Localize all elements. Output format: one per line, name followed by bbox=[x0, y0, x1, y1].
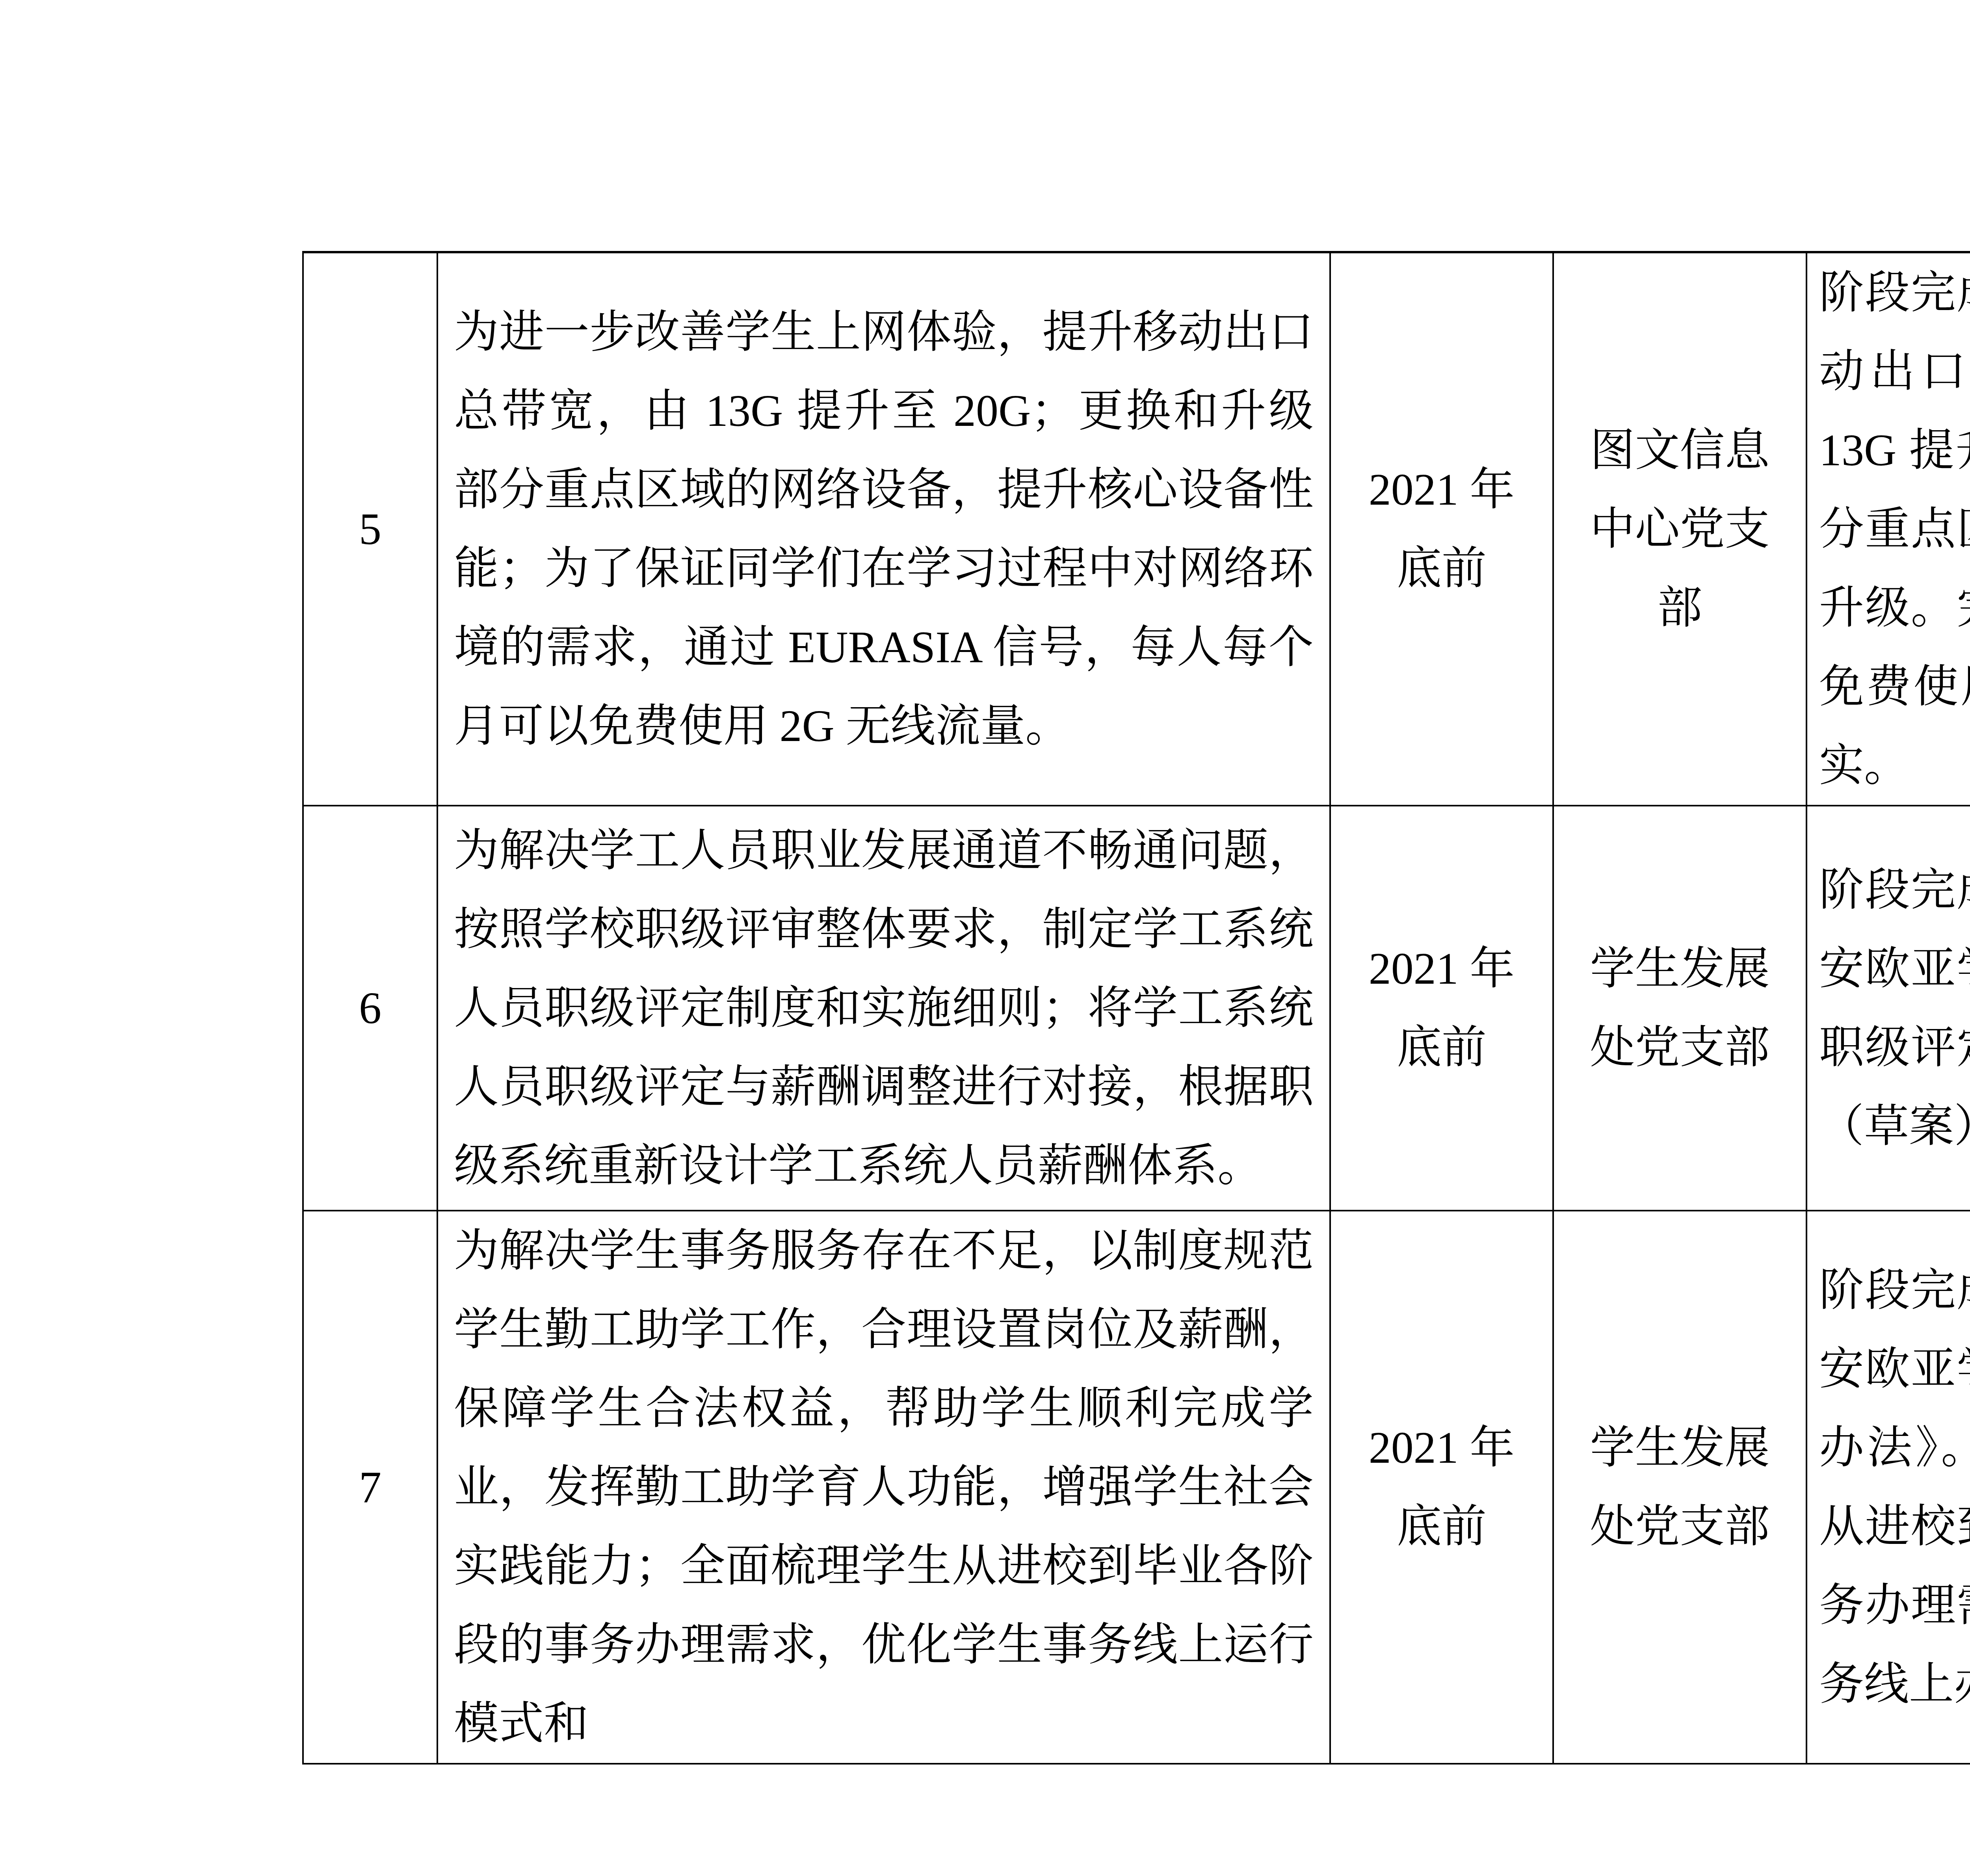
task-cell: 为解决学工人员职业发展通道不畅通问题，按照学校职级评审整体要求，制定学工系统人员… bbox=[437, 806, 1330, 1211]
table-row: 7 为解决学生事务服务存在不足，以制度规范学生勤工助学工作，合理设置岗位及薪酬，… bbox=[303, 1211, 1970, 1764]
deadline-cell: 2021 年底前 bbox=[1330, 1211, 1553, 1764]
department-cell: 学生发展处党支部 bbox=[1553, 1211, 1806, 1764]
work-progress-table: 5 为进一步改善学生上网体验，提升移动出口总带宽，由 13G 提升至 20G；更… bbox=[302, 251, 1970, 1765]
deadline-cell: 2021 年底前 bbox=[1330, 252, 1553, 806]
status-cell: 阶段完成情况。完成《西安欧亚学院学工系统人员职级评定制度和实施细则（草案）》。 bbox=[1806, 806, 1970, 1211]
document-page: 5 为进一步改善学生上网体验，提升移动出口总带宽，由 13G 提升至 20G；更… bbox=[0, 0, 1970, 1876]
task-cell: 为进一步改善学生上网体验，提升移动出口总带宽，由 13G 提升至 20G；更换和… bbox=[437, 252, 1330, 806]
table-row: 6 为解决学工人员职业发展通道不畅通问题，按照学校职级评审整体要求，制定学工系统… bbox=[303, 806, 1970, 1211]
task-cell: 为解决学生事务服务存在不足，以制度规范学生勤工助学工作，合理设置岗位及薪酬，保障… bbox=[437, 1211, 1330, 1764]
department-cell: 学生发展处党支部 bbox=[1553, 806, 1806, 1211]
row-number-cell: 7 bbox=[303, 1211, 437, 1764]
row-number-cell: 6 bbox=[303, 806, 437, 1211]
deadline-cell: 2021 年底前 bbox=[1330, 806, 1553, 1211]
status-cell: 阶段完成情况。修订《西安欧亚学院勤工助学管理办法》。初步梳理了学生从进校到毕业各… bbox=[1806, 1211, 1970, 1764]
department-cell: 图文信息中心党支部 bbox=[1553, 252, 1806, 806]
status-cell: 阶段完成情况。已完成移动出口总带宽提升，由 13G 提升到 20G；完成部分重点… bbox=[1806, 252, 1970, 806]
row-number-cell: 5 bbox=[303, 252, 437, 806]
table-row: 5 为进一步改善学生上网体验，提升移动出口总带宽，由 13G 提升至 20G；更… bbox=[303, 252, 1970, 806]
